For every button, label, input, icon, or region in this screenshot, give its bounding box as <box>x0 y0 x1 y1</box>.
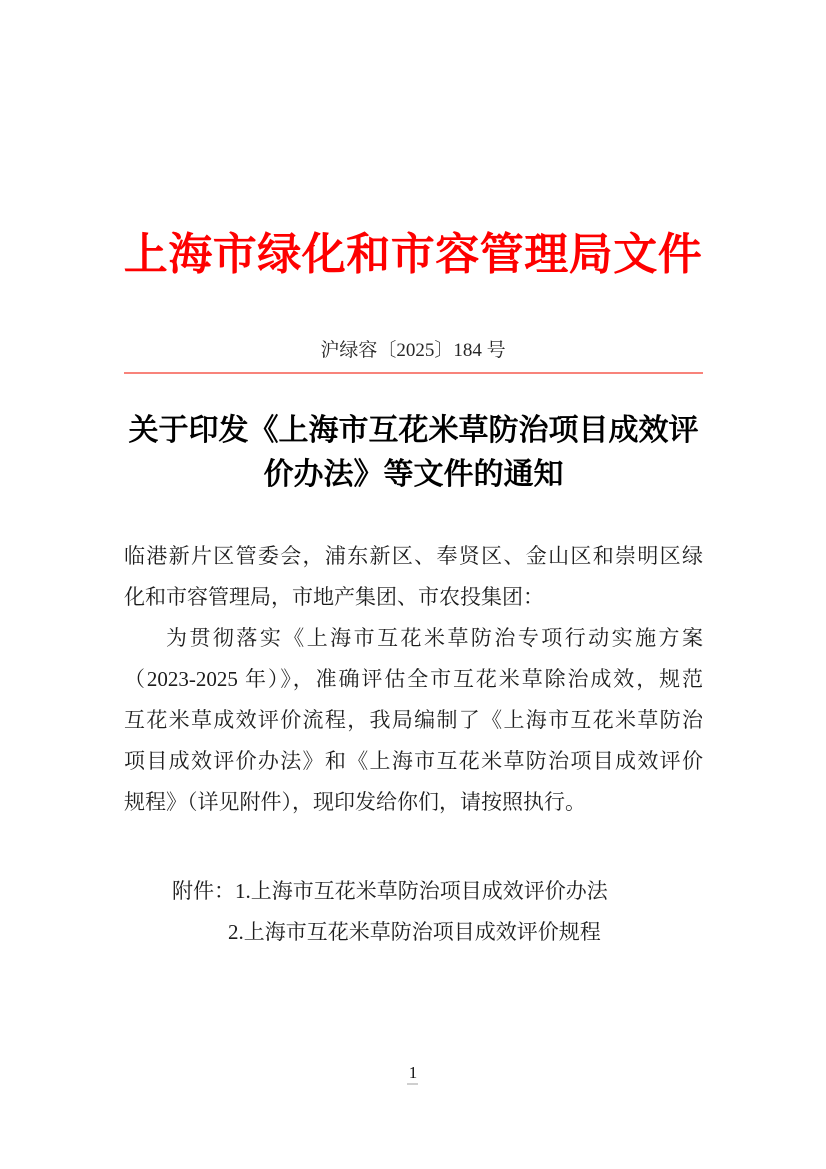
attachment-item-2: 2.上海市互花米草防治项目成效评价规程 <box>124 912 703 953</box>
paragraph-line-4: 项目成效评价办法》和《上海市互花米草防治项目成效评价 <box>124 741 703 782</box>
paragraph-line-2: （2023-2025 年）》，准确评估全市互花米草除治成效，规范 <box>124 659 703 700</box>
document-number: 沪绿容〔2025〕184 号 <box>0 338 826 364</box>
attachment-list: 附件：1.上海市互花米草防治项目成效评价办法 2.上海市互花米草防治项目成效评价… <box>124 871 703 953</box>
body-text: 临港新片区管委会，浦东新区、奉贤区、金山区和崇明区绿 化和市容管理局，市地产集团… <box>124 536 703 823</box>
page-number-underline <box>407 1083 418 1085</box>
paragraph-line-1: 为贯彻落实《上海市互花米草防治专项行动实施方案 <box>124 618 703 659</box>
letterhead-title: 上海市绿化和市容管理局文件 <box>0 226 826 284</box>
notice-title: 关于印发《上海市互花米草防治项目成效评 价办法》等文件的通知 <box>124 409 703 497</box>
salutation-line-1: 临港新片区管委会，浦东新区、奉贤区、金山区和崇明区绿 <box>124 536 703 577</box>
document-page: 上海市绿化和市容管理局文件 沪绿容〔2025〕184 号 关于印发《上海市互花米… <box>0 0 826 1169</box>
salutation-line-2: 化和市容管理局，市地产集团、市农投集团： <box>124 577 703 618</box>
attachment-item-1: 附件：1.上海市互花米草防治项目成效评价办法 <box>124 871 703 912</box>
paragraph-line-3: 互花米草成效评价流程，我局编制了《上海市互花米草防治 <box>124 700 703 741</box>
page-number: 1 <box>0 1062 826 1083</box>
paragraph-line-5: 规程》（详见附件），现印发给你们，请按照执行。 <box>124 782 703 823</box>
notice-title-line-1: 关于印发《上海市互花米草防治项目成效评 <box>124 409 703 453</box>
red-divider-line <box>124 372 703 374</box>
notice-title-line-2: 价办法》等文件的通知 <box>124 453 703 497</box>
